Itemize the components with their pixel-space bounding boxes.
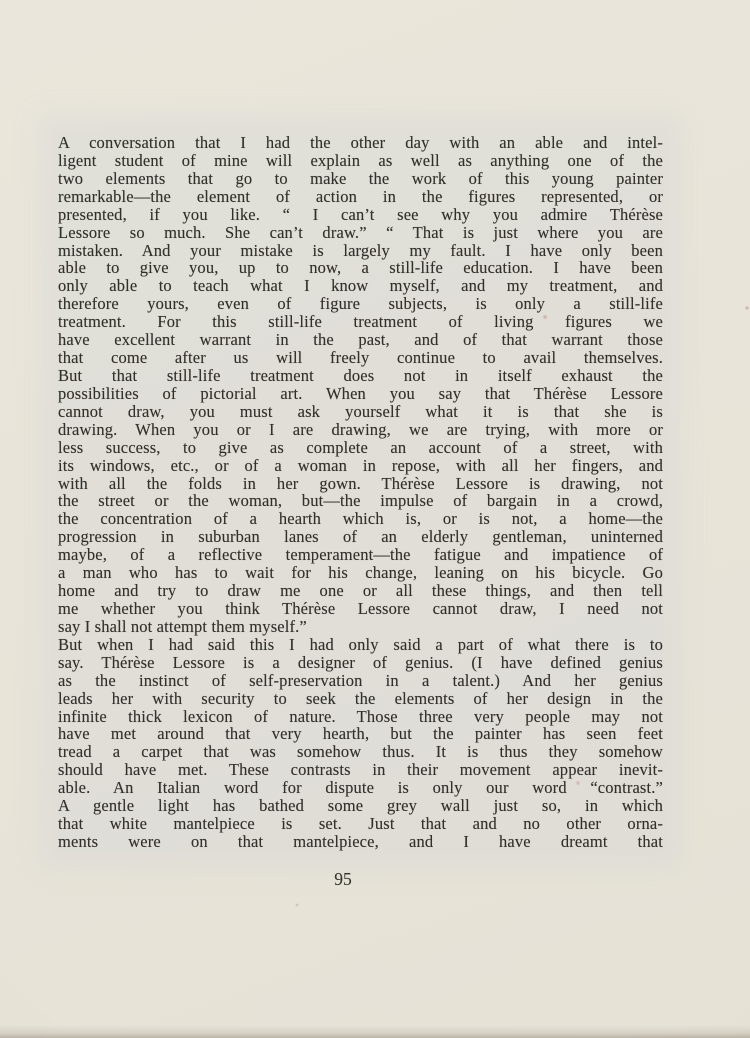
text-line: the concentration of a hearth which is, … xyxy=(58,510,663,528)
text-line: remarkable—the element of action in the … xyxy=(58,188,663,206)
text-line: me whether you think Thérèse Lessore can… xyxy=(58,600,663,618)
text-line: presented, if you like. “ I can’t see wh… xyxy=(58,206,663,224)
text-line: less success, to give as complete an acc… xyxy=(58,439,663,457)
text-line: mistaken. And your mistake is largely my… xyxy=(58,242,663,260)
text-line: only able to teach what I know myself, a… xyxy=(58,277,663,295)
text-line: leads her with security to seek the elem… xyxy=(58,690,663,708)
text-line: maybe, of a reflective temperament—the f… xyxy=(58,546,663,564)
text-line: treatment. For this still-life treatment… xyxy=(58,313,663,331)
text-line: two elements that go to make the work of… xyxy=(58,170,663,188)
scanned-book-page: A conversation that I had the other day … xyxy=(0,0,750,1038)
text-line: possibilities of pictorial art. When you… xyxy=(58,385,663,403)
text-line: But when I had said this I had only said… xyxy=(58,636,663,654)
page-text-block: A conversation that I had the other day … xyxy=(58,134,663,851)
text-line: say. Thérèse Lessore is a designer of ge… xyxy=(58,654,663,672)
text-line: say I shall not attempt them myself.” xyxy=(58,618,663,636)
text-line: able to give you, up to now, a still-lif… xyxy=(58,259,663,277)
text-line: its windows, etc., or of a woman in repo… xyxy=(58,457,663,475)
text-line: have met around that very hearth, but th… xyxy=(58,725,663,743)
text-line: should have met. These contrasts in thei… xyxy=(58,761,663,779)
text-line: have excellent warrant in the past, and … xyxy=(58,331,663,349)
page-number: 95 xyxy=(0,869,718,890)
text-line: able. An Italian word for dispute is onl… xyxy=(58,779,663,797)
text-line: infinite thick lexicon of nature. Those … xyxy=(58,708,663,726)
text-line: therefore yours, even of figure subjects… xyxy=(58,295,663,313)
text-line: a man who has to wait for his change, le… xyxy=(58,564,663,582)
text-line: as the instinct of self-preservation in … xyxy=(58,672,663,690)
text-line: tread a carpet that was somehow thus. It… xyxy=(58,743,663,761)
text-line: Lessore so much. She can’t draw.” “ That… xyxy=(58,224,663,242)
text-line: But that still-life treatment does not i… xyxy=(58,367,663,385)
text-line: with all the folds in her gown. Thérèse … xyxy=(58,475,663,493)
text-line: the street or the woman, but—the impulse… xyxy=(58,492,663,510)
text-line: A conversation that I had the other day … xyxy=(58,134,663,152)
text-line: ments were on that mantelpiece, and I ha… xyxy=(58,833,663,851)
text-line: that come after us will freely continue … xyxy=(58,349,663,367)
text-line: ligent student of mine will explain as w… xyxy=(58,152,663,170)
text-line: A gentle light has bathed some grey wall… xyxy=(58,797,663,815)
text-line: that white mantelpiece is set. Just that… xyxy=(58,815,663,833)
text-line: cannot draw, you must ask yourself what … xyxy=(58,403,663,421)
text-line: drawing. When you or I are drawing, we a… xyxy=(58,421,663,439)
text-line: home and try to draw me one or all these… xyxy=(58,582,663,600)
text-line: progression in suburban lanes of an elde… xyxy=(58,528,663,546)
